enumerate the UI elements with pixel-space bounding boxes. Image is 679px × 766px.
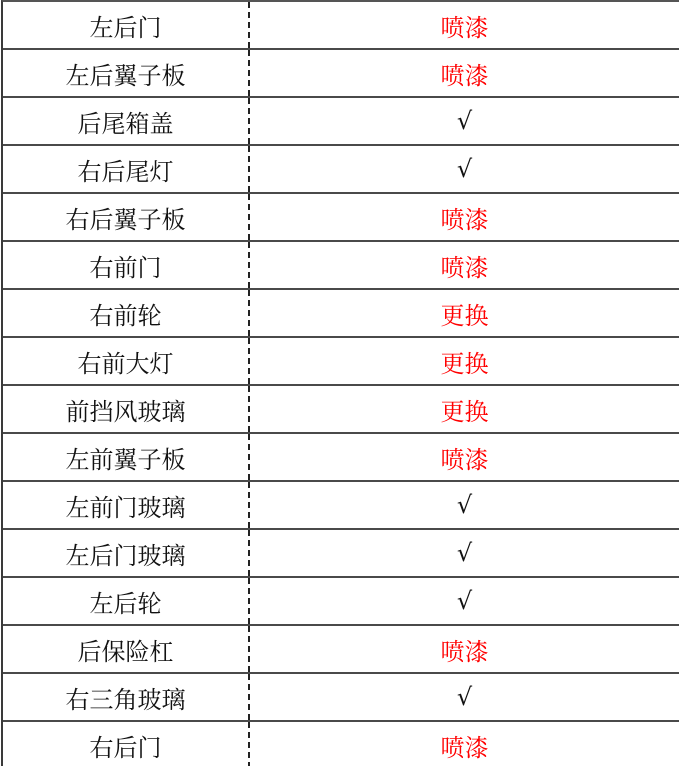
table-row: 右后尾灯√ bbox=[3, 146, 679, 194]
check-mark-icon: √ bbox=[250, 146, 679, 192]
check-mark-icon: √ bbox=[250, 578, 679, 624]
check-mark-icon: √ bbox=[250, 674, 679, 720]
table-row: 右三角玻璃√ bbox=[3, 674, 679, 722]
part-name: 右前轮 bbox=[3, 290, 250, 336]
part-name: 右后尾灯 bbox=[3, 146, 250, 192]
table-row: 左后门玻璃√ bbox=[3, 530, 679, 578]
part-name: 右三角玻璃 bbox=[3, 674, 250, 720]
part-name: 右后翼子板 bbox=[3, 194, 250, 240]
repair-action: 喷漆 bbox=[250, 194, 679, 240]
table-row: 左后轮√ bbox=[3, 578, 679, 626]
repair-action: 喷漆 bbox=[250, 50, 679, 96]
part-name: 左后轮 bbox=[3, 578, 250, 624]
check-mark-icon: √ bbox=[250, 482, 679, 528]
repair-action: 喷漆 bbox=[250, 626, 679, 672]
table-row: 左后翼子板喷漆 bbox=[3, 50, 679, 98]
table-row: 前挡风玻璃更换 bbox=[3, 386, 679, 434]
repair-action: 喷漆 bbox=[250, 2, 679, 48]
part-name: 后尾箱盖 bbox=[3, 98, 250, 144]
table-row: 后尾箱盖√ bbox=[3, 98, 679, 146]
table-row: 左前翼子板喷漆 bbox=[3, 434, 679, 482]
repair-action: 更换 bbox=[250, 290, 679, 336]
table-row: 右前大灯更换 bbox=[3, 338, 679, 386]
part-name: 左后门 bbox=[3, 2, 250, 48]
check-mark-icon: √ bbox=[250, 530, 679, 576]
part-name: 左前翼子板 bbox=[3, 434, 250, 480]
part-name: 左后门玻璃 bbox=[3, 530, 250, 576]
repair-action: 喷漆 bbox=[250, 722, 679, 766]
repair-action: 更换 bbox=[250, 338, 679, 384]
table-row: 右前门喷漆 bbox=[3, 242, 679, 290]
table-row: 右前轮更换 bbox=[3, 290, 679, 338]
part-name: 右前大灯 bbox=[3, 338, 250, 384]
part-name: 右后门 bbox=[3, 722, 250, 766]
table-row: 右后门喷漆 bbox=[3, 722, 679, 766]
table-row: 后保险杠喷漆 bbox=[3, 626, 679, 674]
repair-action: 喷漆 bbox=[250, 242, 679, 288]
check-mark-icon: √ bbox=[250, 98, 679, 144]
part-name: 左前门玻璃 bbox=[3, 482, 250, 528]
table-row: 左后门喷漆 bbox=[3, 2, 679, 50]
repair-action: 更换 bbox=[250, 386, 679, 432]
damage-table: 左后门喷漆 左后翼子板喷漆 后尾箱盖√ 右后尾灯√ 右后翼子板喷漆 右前门喷漆 … bbox=[1, 0, 679, 766]
part-name: 前挡风玻璃 bbox=[3, 386, 250, 432]
part-name: 右前门 bbox=[3, 242, 250, 288]
part-name: 左后翼子板 bbox=[3, 50, 250, 96]
table-row: 右后翼子板喷漆 bbox=[3, 194, 679, 242]
part-name: 后保险杠 bbox=[3, 626, 250, 672]
table-row: 左前门玻璃√ bbox=[3, 482, 679, 530]
repair-action: 喷漆 bbox=[250, 434, 679, 480]
